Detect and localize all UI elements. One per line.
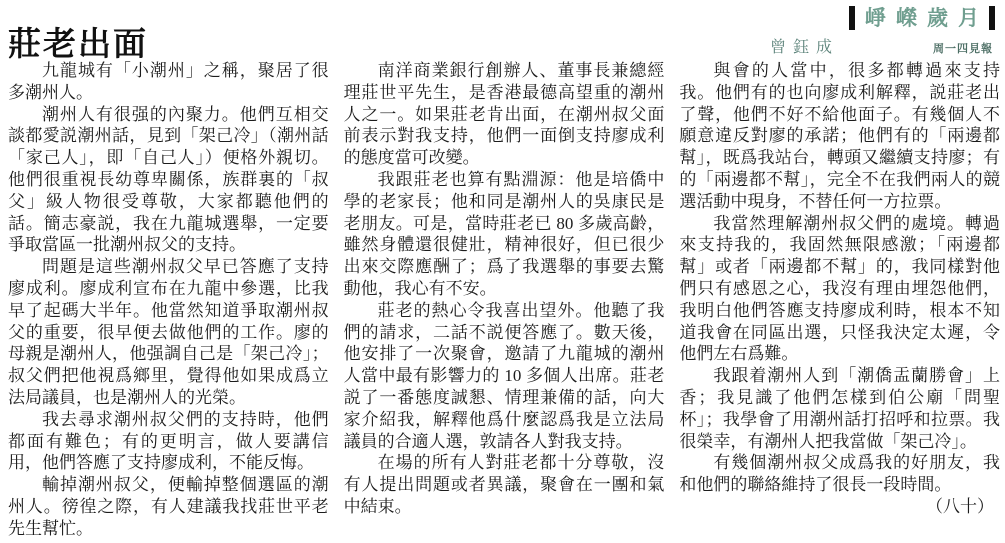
article-paragraph: 我跟莊老也算有點淵源：他是培僑中學的老家長；他和同是潮州人的吳康民是老朋友。可是… (344, 169, 665, 300)
newspaper-page: 莊老出面 崢嶸歲月 曾鈺成 周一四見報 九龍城有「小潮州」之稱，聚居了很多潮州人… (0, 0, 1005, 543)
article-paragraph: 九龍城有「小潮州」之稱，聚居了很多潮州人。 (8, 60, 329, 104)
article-paragraph: 問題是這些潮州叔父早已答應了支持廖成利。廖成利宣布在九龍中參選，比我早了起碼大半… (8, 256, 329, 409)
article-paragraph: 輸掉潮州叔父，便輸掉整個選區的潮州人。徬徨之際，有人建議我找莊世平老先生幫忙。 (8, 474, 329, 539)
article-column-2: 南洋商業銀行創辦人、董事長兼總經理莊世平先生，是香港最德高望重的潮州人之一。如果… (344, 60, 665, 543)
article-column-1: 九龍城有「小潮州」之稱，聚居了很多潮州人。潮州人有很强的內聚力。他們互相交談都愛… (8, 60, 329, 543)
masthead-column-name: 崢嶸歲月 (855, 8, 989, 29)
article-paragraph: 有幾個潮州叔父成爲我的好朋友，我和他們的聯絡維持了很長一段時間。 (679, 452, 1000, 496)
article-paragraph: 我去尋求潮州叔父們的支持時，他們都面有難色；有的更明言，做人要講信用，他們答應了… (8, 409, 329, 474)
article-title: 莊老出面 (8, 26, 148, 62)
author-name: 曾鈺成 (770, 34, 839, 57)
article-paragraph: 與會的人當中，很多都轉過來支持我。他們有的也向廖成利解釋，説莊老出了聲，他們不好… (679, 60, 1000, 213)
article-paragraph: 我當然理解潮州叔父們的處境。轉過來支持我的，我固然無限感激；「兩邊都幫」或者「兩… (679, 213, 1000, 366)
page-number: （八十） (679, 496, 1000, 518)
article-paragraph: 潮州人有很强的內聚力。他們互相交談都愛説潮州話，見到「架己冷」（潮州話「家己人」… (8, 104, 329, 257)
article-paragraph: 在場的所有人對莊老都十分尊敬，沒有人提出問題或者異議，聚會在一團和氣中結束。 (344, 452, 665, 517)
masthead-byline-row: 曾鈺成 周一四見報 (770, 34, 995, 57)
article-body: 九龍城有「小潮州」之稱，聚居了很多潮州人。潮州人有很强的內聚力。他們互相交談都愛… (8, 60, 1000, 543)
article-paragraph: 我跟着潮州人到「潮僑盂蘭勝會」上香；我見識了他們怎樣到伯公廟「問聖杯」；我學會了… (679, 365, 1000, 452)
column-masthead: 崢嶸歲月 曾鈺成 周一四見報 (770, 6, 995, 57)
masthead-title-row: 崢嶸歲月 (770, 6, 995, 30)
article-column-3: 與會的人當中，很多都轉過來支持我。他們有的也向廖成利解釋，説莊老出了聲，他們不好… (679, 60, 1000, 543)
masthead-right-bar (989, 6, 995, 30)
article-paragraph: 南洋商業銀行創辦人、董事長兼總經理莊世平先生，是香港最德高望重的潮州人之一。如果… (344, 60, 665, 169)
publication-schedule: 周一四見報 (933, 40, 993, 56)
article-paragraph: 莊老的熱心令我喜出望外。他聽了我們的請求，二話不説便答應了。數天後，他安排了一次… (344, 300, 665, 453)
